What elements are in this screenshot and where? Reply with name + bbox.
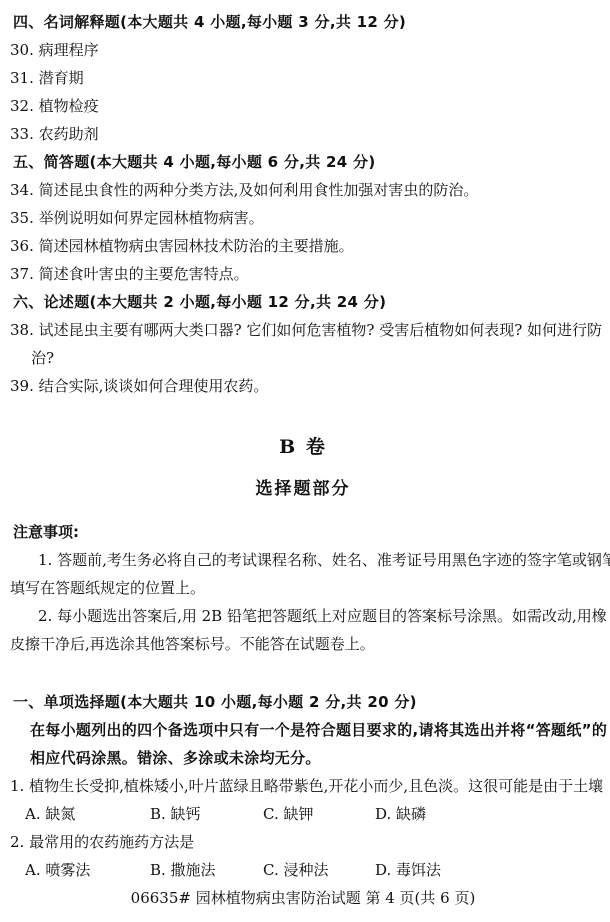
section-6-heading: 六、论述题(本大题共 2 小题,每小题 12 分,共 24 分) [13, 288, 596, 316]
note-1-line2: 填写在答题纸规定的位置上。 [10, 574, 596, 602]
question-30: 30. 病理程序 [10, 36, 596, 64]
section-5-heading: 五、简答题(本大题共 4 小题,每小题 6 分,共 24 分) [13, 148, 596, 176]
note-2-line1: 2. 每小题选出答案后,用 2B 铅笔把答题纸上对应题目的答案标号涂黑。如需改动… [10, 602, 596, 630]
exam-page: 四、名词解释题(本大题共 4 小题,每小题 3 分,共 12 分) 30. 病理… [0, 0, 610, 922]
paper-b-subtitle: 选择题部分 [10, 474, 596, 504]
section-1-intro-line1: 在每小题列出的四个备选项中只有一个是符合题目要求的,请将其选出并将“答题纸”的 [30, 716, 596, 744]
question-38-line1: 38. 试述昆虫主要有哪两大类口器? 它们如何危害植物? 受害后植物如何表现? … [10, 316, 596, 344]
section-1-intro-line2: 相应代码涂黑。错涂、多涂或未涂均无分。 [30, 744, 596, 772]
question-1-option-a: A. 缺氮 [25, 800, 150, 828]
question-34: 34. 简述昆虫食性的两种分类方法,及如何利用食性加强对害虫的防治。 [10, 176, 596, 204]
question-35: 35. 举例说明如何界定园林植物病害。 [10, 204, 596, 232]
question-1-option-b: B. 缺钙 [150, 800, 263, 828]
note-1-line1: 1. 答题前,考生务必将自己的考试课程名称、姓名、准考证号用黑色字迹的签字笔或钢… [10, 546, 596, 574]
question-39: 39. 结合实际,谈谈如何合理使用农药。 [10, 372, 596, 400]
section-1-heading: 一、单项选择题(本大题共 10 小题,每小题 2 分,共 20 分) [13, 688, 596, 716]
question-2-text: 2. 最常用的农药施药方法是 [10, 828, 596, 856]
question-32: 32. 植物检疫 [10, 92, 596, 120]
question-2-option-c: C. 浸种法 [263, 856, 375, 884]
question-38-line2: 治? [10, 344, 596, 372]
question-1-text: 1. 植物生长受抑,植株矮小,叶片蓝绿且略带紫色,开花小而少,且色淡。这很可能是… [10, 772, 596, 800]
question-37: 37. 简述食叶害虫的主要危害特点。 [10, 260, 596, 288]
page-footer: 06635# 园林植物病虫害防治试题 第 4 页(共 6 页) [10, 884, 596, 912]
question-2-options: A. 喷雾法 B. 撒施法 C. 浸种法 D. 毒饵法 [25, 856, 596, 884]
question-1-option-d: D. 缺磷 [375, 800, 596, 828]
note-2-line2: 皮擦干净后,再选涂其他答案标号。不能答在试题卷上。 [10, 630, 596, 658]
question-2-option-b: B. 撒施法 [150, 856, 263, 884]
question-31: 31. 潜育期 [10, 64, 596, 92]
paper-b-title: B 卷 [10, 432, 596, 462]
question-2-option-d: D. 毒饵法 [375, 856, 596, 884]
question-36: 36. 简述园林植物病虫害园林技术防治的主要措施。 [10, 232, 596, 260]
section-4-heading: 四、名词解释题(本大题共 4 小题,每小题 3 分,共 12 分) [13, 8, 596, 36]
notes-heading: 注意事项: [13, 518, 596, 546]
question-1-option-c: C. 缺钾 [263, 800, 375, 828]
question-2-option-a: A. 喷雾法 [25, 856, 150, 884]
question-33: 33. 农药助剂 [10, 120, 596, 148]
question-1-options: A. 缺氮 B. 缺钙 C. 缺钾 D. 缺磷 [25, 800, 596, 828]
